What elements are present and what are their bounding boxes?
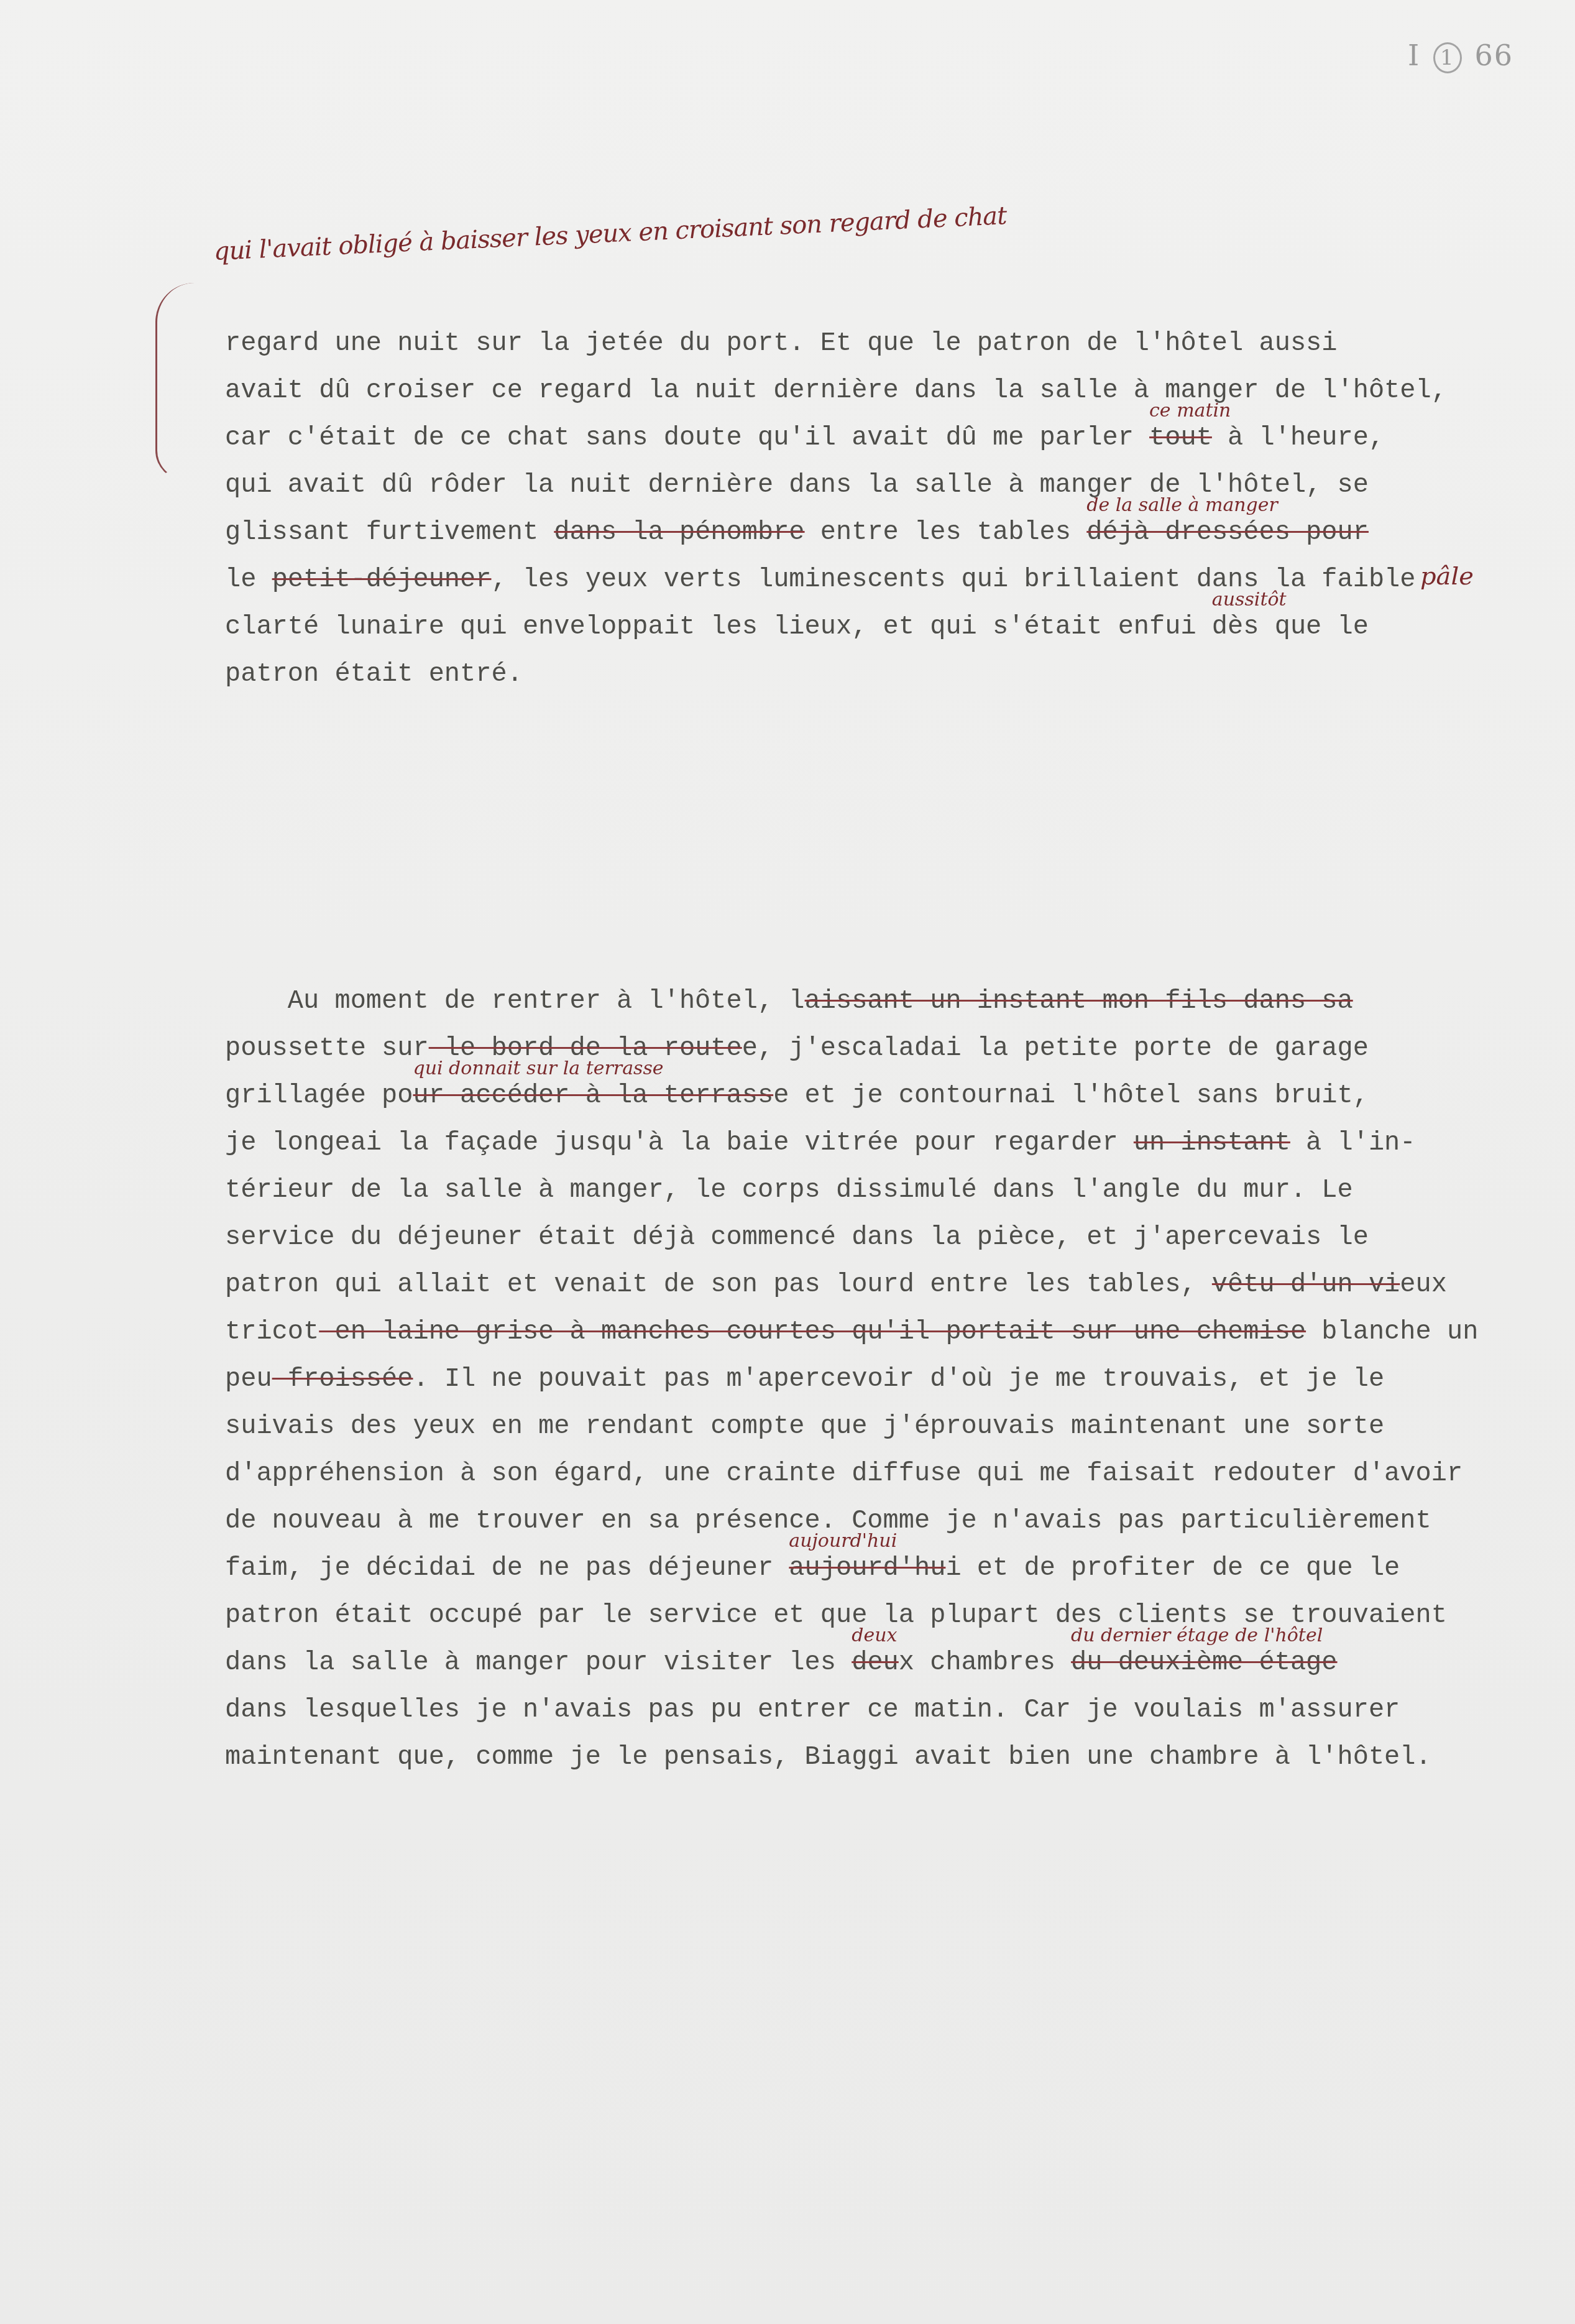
typed-line: patron était entré. <box>225 650 1468 698</box>
typed-text: x chambres <box>899 1648 1071 1677</box>
typed-text: faim, je décidai de ne pas déjeuner <box>225 1553 789 1583</box>
typed-line: térieur de la salle à manger, le corps d… <box>225 1166 1468 1214</box>
typed-line: dans la salle à manger pour visiter les … <box>225 1639 1468 1686</box>
typed-line: dans lesquelles je n'avais pas pu entrer… <box>225 1686 1468 1733</box>
folio-number: I 1 66 <box>1408 39 1513 73</box>
typed-text: dans lesquelles je n'avais pas pu entrer… <box>225 1695 1400 1725</box>
typed-text: poussette sur <box>225 1033 429 1063</box>
typed-text: e et je contournai l'hôtel sans bruit, <box>773 1081 1369 1110</box>
typed-line: avait dû croiser ce regard la nuit derni… <box>225 367 1468 414</box>
typed-text: térieur de la salle à manger, le corps d… <box>225 1175 1353 1205</box>
typed-line: peu froissée. Il ne pouvait pas m'aperce… <box>225 1355 1468 1403</box>
typed-line: qui avait dû rôder la nuit dernière dans… <box>225 461 1468 509</box>
typed-line: patron qui allait et venait de son pas l… <box>225 1261 1468 1308</box>
manuscript-page: I 1 66 qui l'avait obligé à baisser les … <box>0 0 1575 2324</box>
typed-line: service du déjeuner était déjà commencé … <box>225 1214 1468 1261</box>
margin-note-pale: pâle <box>1420 562 1474 591</box>
typed-line: suivais des yeux en me rendant compte qu… <box>225 1403 1468 1450</box>
folio-prefix: I <box>1408 39 1420 72</box>
typed-text: . Il ne pouvait pas m'apercevoir d'où je… <box>413 1364 1384 1394</box>
insertion-bracket-mark <box>155 283 195 480</box>
struck-text: froissée <box>272 1364 413 1394</box>
typed-text: le <box>225 565 272 594</box>
handwritten-correction: ce matin <box>1149 402 1231 420</box>
typed-line: Au moment de rentrer à l'hôtel, laissant… <box>225 977 1468 1025</box>
paragraph-2: Au moment de rentrer à l'hôtel, laissant… <box>225 977 1468 1781</box>
struck-text: vêtu d'un vi <box>1212 1270 1400 1299</box>
typed-text: service du déjeuner était déjà commencé … <box>225 1222 1369 1252</box>
typed-text: Au moment de rentrer à l'hôtel, l <box>225 986 805 1016</box>
handwritten-correction: aussitôt <box>1212 591 1287 609</box>
typed-line: je longeai la façade jusqu'à la baie vit… <box>225 1119 1468 1166</box>
struck-text: petit-déjeuner <box>272 565 492 594</box>
struck-text: déjà dressées pour <box>1086 517 1369 547</box>
typed-line: poussette sur le bord de la routee, j'es… <box>225 1025 1468 1072</box>
paragraph-1: regard une nuit sur la jetée du port. Et… <box>225 320 1468 698</box>
folio-circled-number: 1 <box>1433 42 1462 73</box>
handwritten-correction: deux <box>852 1626 897 1645</box>
folio-page-number: 66 <box>1474 39 1513 72</box>
typed-text: regard une nuit sur la jetée du port. Et… <box>225 328 1338 358</box>
struck-text: un instant <box>1134 1128 1290 1158</box>
typed-text: eux <box>1400 1270 1447 1299</box>
typed-text: entre les tables <box>805 517 1087 547</box>
typed-text: i et de profiter de ce que le <box>945 1553 1400 1583</box>
typed-text: e, j'escaladai la petite porte de garage <box>742 1033 1369 1063</box>
typed-text: grillagée po <box>225 1081 413 1110</box>
typed-text: dans la salle à manger pour visiter les <box>225 1648 852 1677</box>
struck-text: tout <box>1149 423 1212 453</box>
typed-line: car c'était de ce chat sans doute qu'il … <box>225 414 1468 461</box>
typed-text: maintenant que, comme je le pensais, Bia… <box>225 1742 1431 1772</box>
struck-text: ur accéder à la terrass <box>413 1081 773 1110</box>
handwritten-insertion-top: qui l'avait obligé à baisser les yeux en… <box>213 201 1007 266</box>
typed-text: suivais des yeux en me rendant compte qu… <box>225 1411 1384 1441</box>
typed-line: regard une nuit sur la jetée du port. Et… <box>225 320 1468 367</box>
struck-text: aujourd'hu <box>789 1553 945 1583</box>
typed-line: d'appréhension à son égard, une crainte … <box>225 1450 1468 1497</box>
typed-line: clarté lunaire qui enveloppait les lieux… <box>225 603 1468 650</box>
struck-text: aissant un instant mon fils dans sa <box>805 986 1353 1016</box>
typed-text: patron qui allait et venait de son pas l… <box>225 1270 1212 1299</box>
typed-text: à l'heure, <box>1212 423 1384 453</box>
typed-text: je longeai la façade jusqu'à la baie vit… <box>225 1128 1134 1158</box>
typed-text: glissant furtivement <box>225 517 554 547</box>
handwritten-correction: de la salle à manger <box>1086 496 1278 515</box>
typed-line: grillagée pour accéder à la terrassqui d… <box>225 1072 1468 1119</box>
handwritten-correction: aujourd'hui <box>789 1532 897 1551</box>
struck-text: dans la pénombre <box>554 517 804 547</box>
typed-text: avait dû croiser ce regard la nuit derni… <box>225 376 1447 405</box>
typed-line: faim, je décidai de ne pas déjeuner aujo… <box>225 1544 1468 1592</box>
struck-text: en laine grise à manches courtes qu'il p… <box>319 1317 1306 1347</box>
handwritten-correction: du dernier étage de l'hôtel <box>1071 1626 1323 1645</box>
struck-text: du deuxième étage <box>1071 1648 1337 1677</box>
typed-text: à l'in- <box>1290 1128 1416 1158</box>
typed-text: d'appréhension à son égard, une crainte … <box>225 1459 1462 1488</box>
typed-text: car c'était de ce chat sans doute qu'il … <box>225 423 1149 453</box>
handwritten-correction: qui donnait sur la terrasse <box>413 1059 663 1078</box>
typed-line: glissant furtivement dans la pénombre en… <box>225 509 1468 556</box>
typed-text: blanche un <box>1306 1317 1478 1347</box>
typed-text: peu <box>225 1364 272 1394</box>
typed-text: dès <box>1212 612 1259 642</box>
typed-text: tricot <box>225 1317 319 1347</box>
typed-line: maintenant que, comme je le pensais, Bia… <box>225 1733 1468 1781</box>
typed-text: patron était entré. <box>225 659 523 689</box>
struck-text: deu <box>852 1648 899 1677</box>
typed-line: tricot en laine grise à manches courtes … <box>225 1308 1468 1355</box>
typed-text: clarté lunaire qui enveloppait les lieux… <box>225 612 1212 642</box>
typed-text: que le <box>1259 612 1368 642</box>
